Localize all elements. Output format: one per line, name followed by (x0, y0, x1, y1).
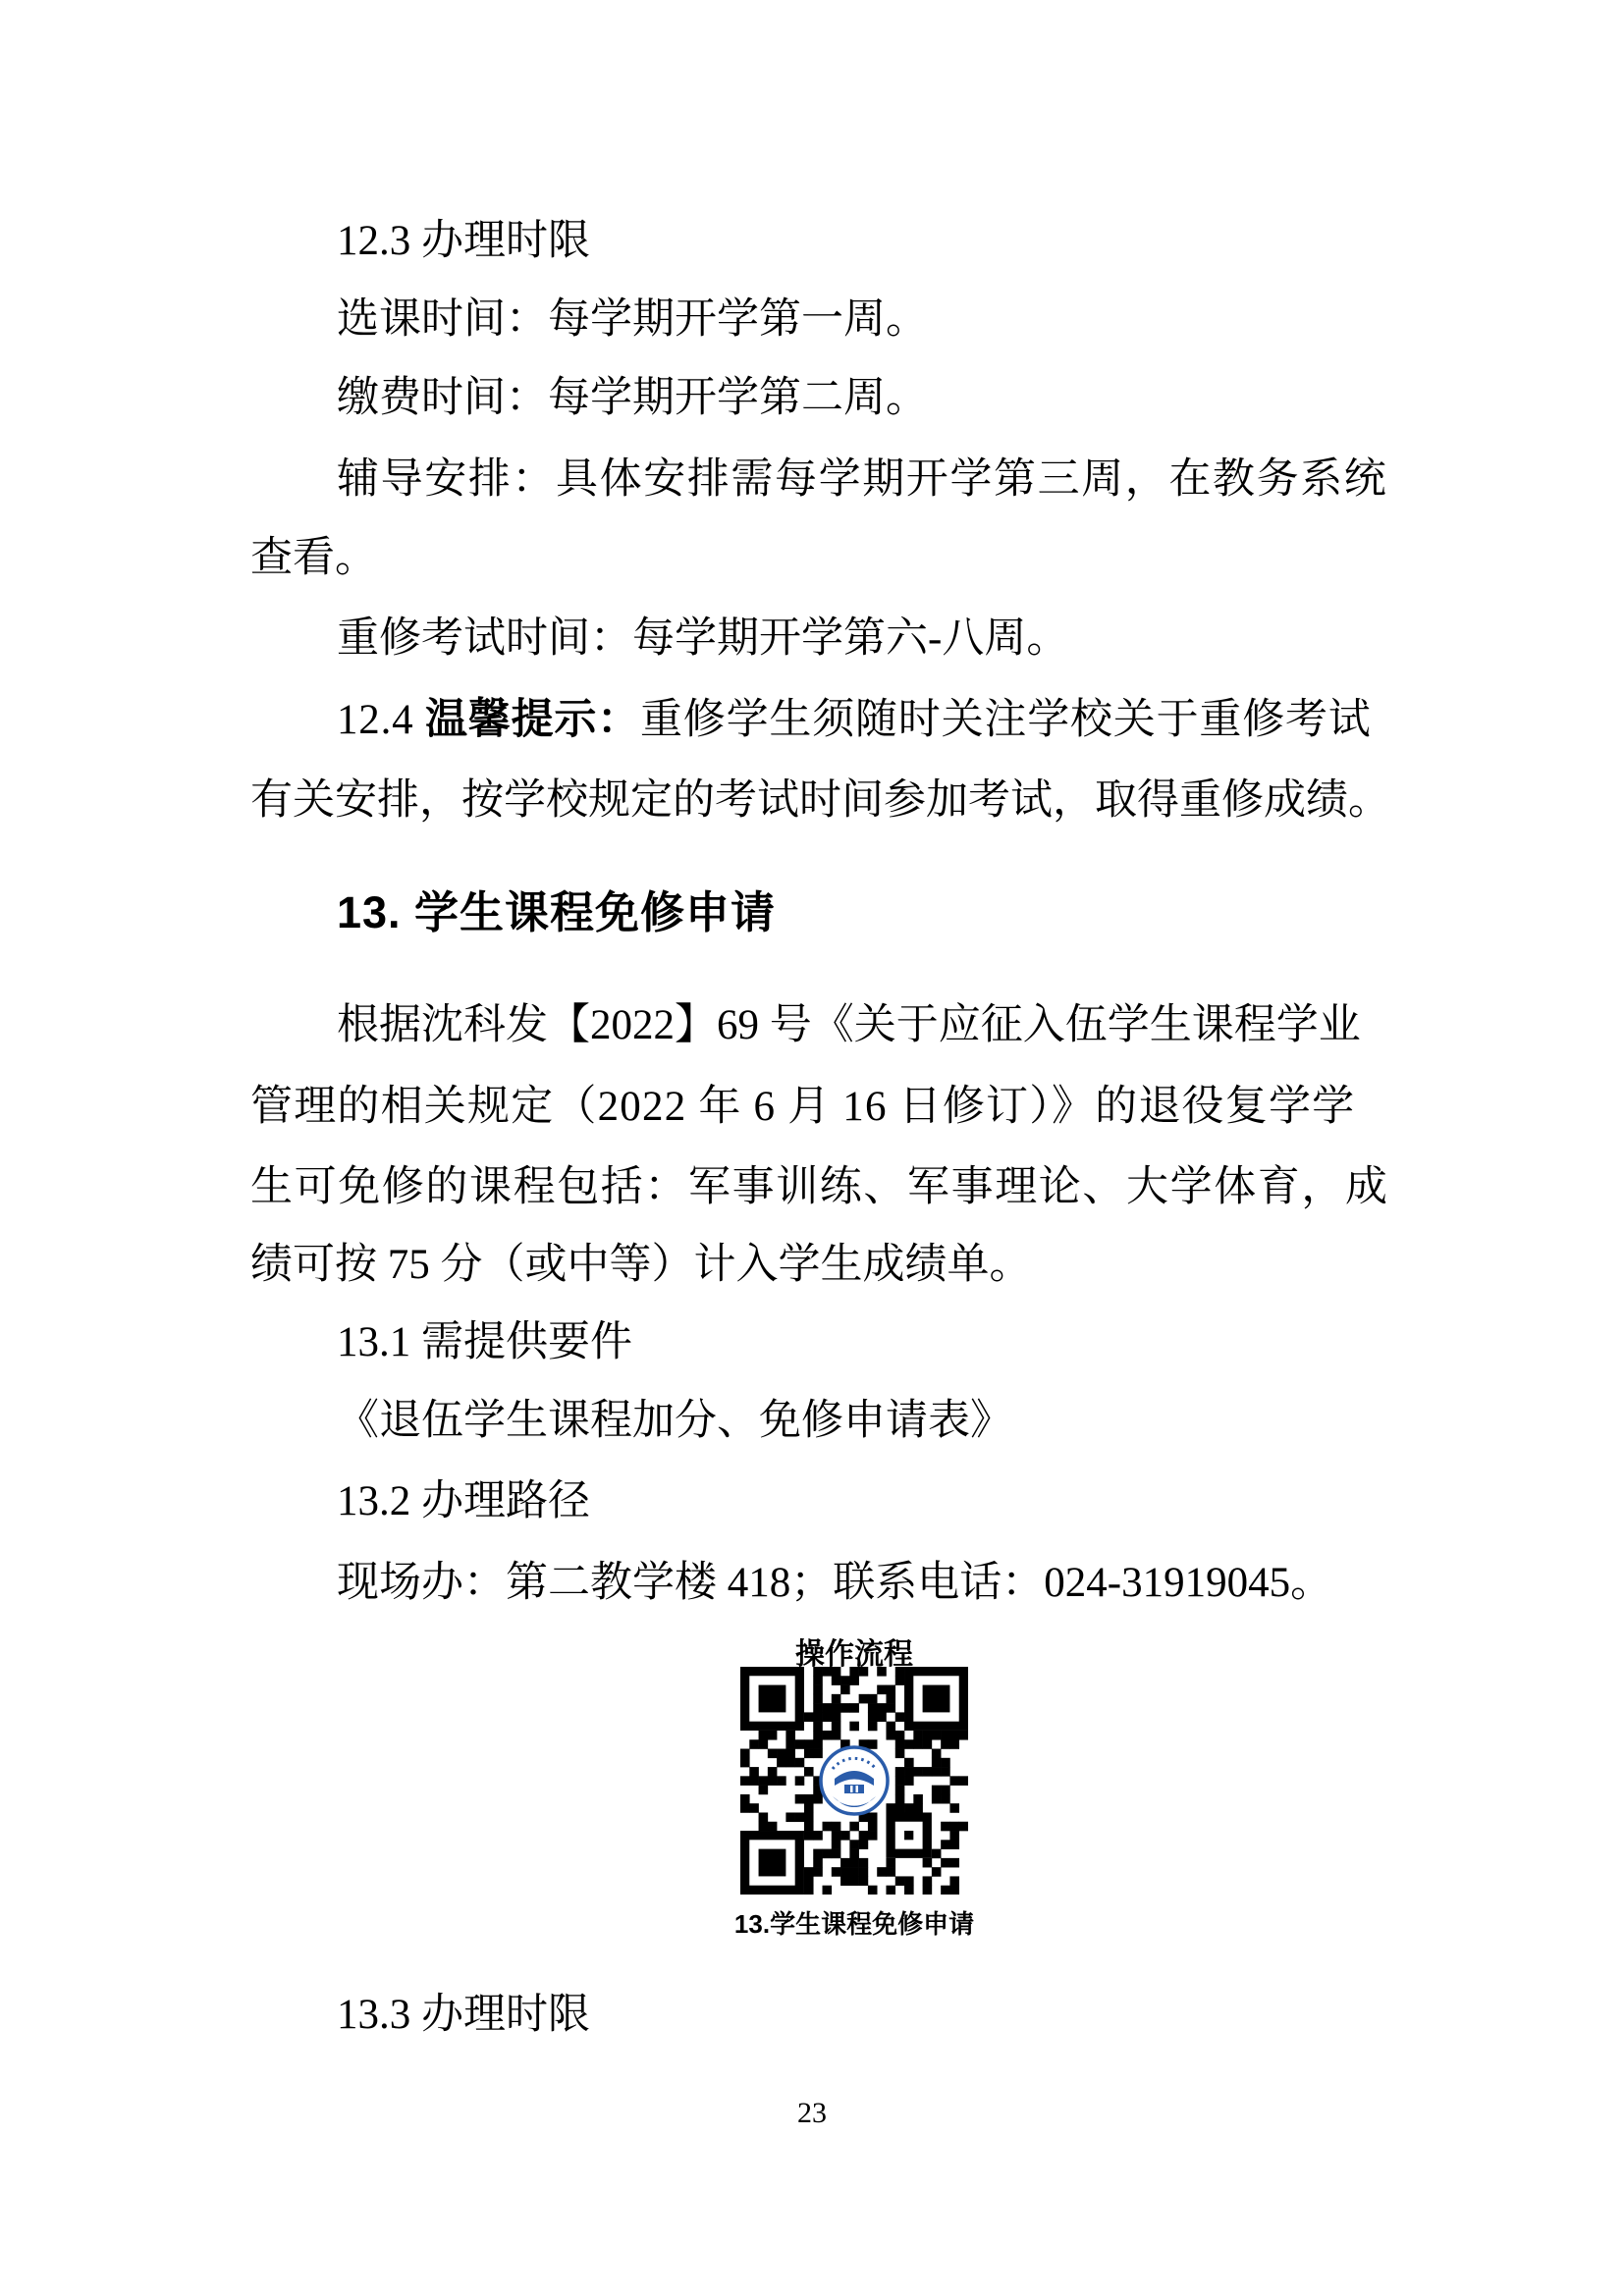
tip-bold-label: 温馨提示： (425, 697, 640, 743)
body-line: 《退伍学生课程加分、免修申请表》 (250, 1397, 1490, 1446)
section-13-3-header: 13.3 办理时限 (250, 1991, 1490, 2040)
page-number: 23 (0, 2097, 1624, 2130)
body-line: 绩可按 75 分（或中等）计入学生成绩单。 (250, 1241, 1404, 1290)
body-line: 缴费时间：每学期开学第二周。 (250, 374, 1490, 423)
body-line: 管理的相关规定（2022 年 6 月 16 日修订）》的退役复学学 (250, 1083, 1404, 1132)
body-line: 根据沈科发【2022】69 号《关于应征入伍学生课程学业 (250, 1001, 1490, 1050)
body-line: 辅导安排：具体安排需每学期开学第三周，在教务系统 (250, 455, 1490, 505)
body-line: 选课时间：每学期开学第一周。 (250, 295, 1490, 345)
qr-caption-label: 13.学生课程免修申请 (734, 1904, 974, 1941)
section-13-heading: 13. 学生课程免修申请 (337, 888, 776, 937)
body-line: 查看。 (250, 534, 1404, 583)
document-page: 12.3 办理时限 选课时间：每学期开学第一周。 缴费时间：每学期开学第二周。 … (0, 0, 1624, 2296)
tip-text: 重修学生须随时关注学校关于重修考试 (640, 697, 1372, 743)
body-line: 生可免修的课程包括：军事训练、军事理论、大学体育，成 (250, 1163, 1404, 1212)
tip-number: 12.4 (337, 697, 425, 743)
section-13-1-header: 13.1 需提供要件 (250, 1318, 1490, 1367)
section-13-2-header: 13.2 办理路径 (250, 1477, 1490, 1526)
qr-code (740, 1667, 968, 1895)
body-line: 有关安排，按学校规定的考试时间参加考试，取得重修成绩。 (250, 776, 1404, 826)
tip-line: 12.4 温馨提示：重修学生须随时关注学校关于重修考试 (250, 696, 1490, 745)
section-12-3-header: 12.3 办理时限 (250, 217, 1490, 266)
body-line: 重修考试时间：每学期开学第六-八周。 (250, 614, 1490, 664)
body-line: 现场办：第二教学楼 418；联系电话：024-31919045。 (250, 1559, 1490, 1608)
